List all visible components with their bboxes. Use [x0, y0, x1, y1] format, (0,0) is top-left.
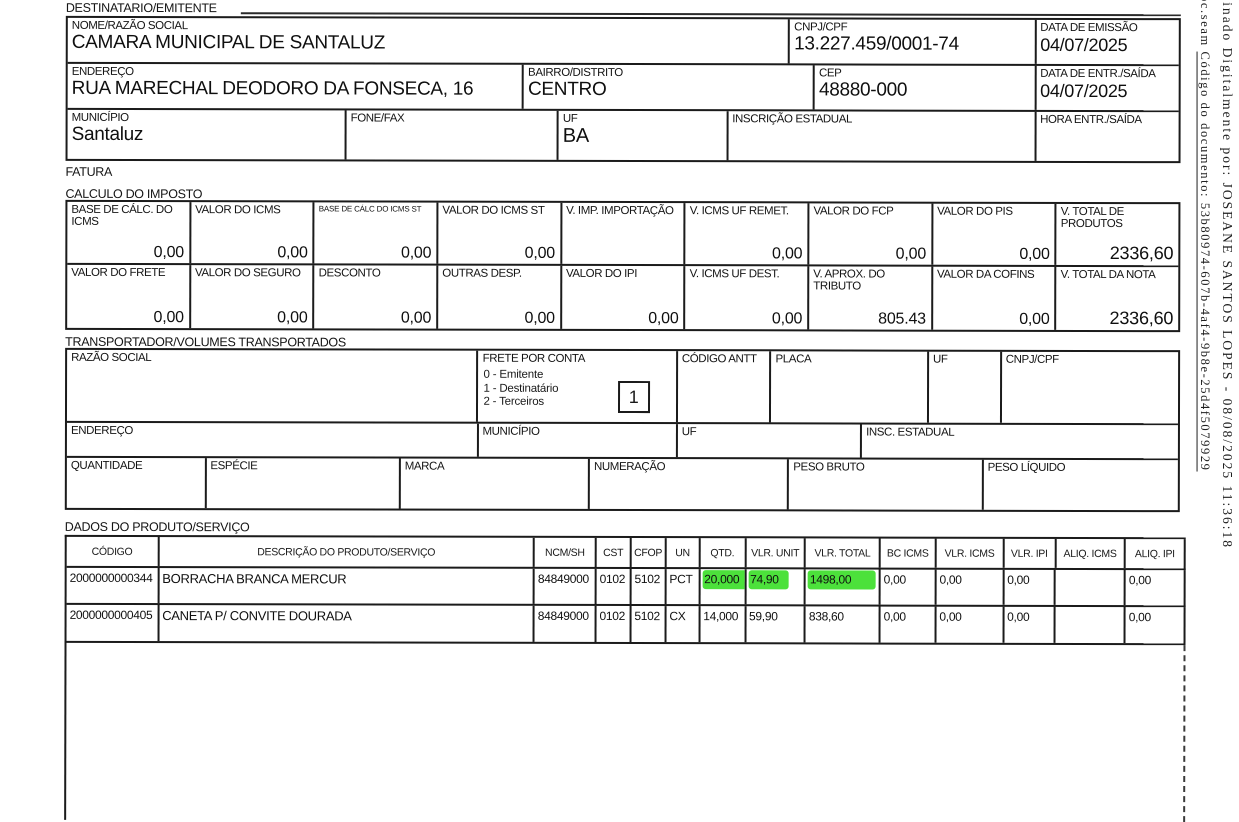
field-cnpj-transp: CNPJ/CPF [1002, 352, 1179, 423]
col-vlr-unit: VLR. UNIT [746, 538, 806, 567]
green-marker-highlight: 20,000 [702, 570, 746, 589]
tax-field-outras-desp: OUTRAS DESP. 0,00 [438, 266, 562, 329]
cell-ncm: 84849000 [535, 606, 597, 642]
col-ncm: NCM/SH [535, 538, 597, 567]
tax-field-valor-ipi: VALOR DO IPI 0,00 [562, 266, 686, 329]
col-vlr-ipi: VLR. IPI [1004, 539, 1056, 568]
transportador-box: RAZÃO SOCIAL FRETE POR CONTA 0 - Emitent… [65, 348, 1180, 512]
product-table: CÓDIGO DESCRIÇÃO DO PRODUTO/SERVIÇO NCM/… [64, 535, 1186, 822]
cell-vlr-total-highlighted: 1498,00 [806, 569, 881, 604]
field-numeracao: NUMERAÇÃO [590, 459, 789, 509]
field-fone-fax: FONE/FAX [347, 110, 559, 159]
field-bairro-distrito: BAIRRO/DISTRITO CENTRO [524, 65, 815, 110]
field-data-emissao: DATA DE EMISSÃO 04/07/2025 [1036, 20, 1179, 64]
tax-field-total-nota: V. TOTAL DA NOTA 2336,60 [1057, 267, 1179, 330]
tax-field-desconto: DESCONTO 0,00 [315, 265, 439, 328]
destinatario-row-2: ENDEREÇO RUA MARECHAL DEODORO DA FONSECA… [68, 64, 1179, 112]
scanned-invoice-page: DESTINATARIO/EMITENTE NOME/RAZÃO SOCIAL … [0, 0, 1239, 822]
cell-vlr-unit: 59,90 [746, 606, 806, 642]
tax-field-valor-pis: VALOR DO PIS 0,00 [933, 204, 1057, 265]
field-uf: UF BA [559, 111, 729, 160]
transportador-row-3: QUANTIDADE ESPÉCIE MARCA NUMERAÇÃO PESO … [67, 458, 1178, 510]
field-endereco-transp: ENDEREÇO [67, 423, 479, 457]
field-razao-social-transp: RAZÃO SOCIAL [67, 350, 479, 422]
tax-field-icms-uf-remet: V. ICMS UF REMET. 0,00 [686, 203, 810, 264]
cell-aliq-ipi: 0,00 [1126, 607, 1184, 643]
cell-vlr-icms: 0,00 [936, 607, 1004, 643]
cell-bc-icms: 0,00 [881, 570, 937, 605]
field-endereco: ENDEREÇO RUA MARECHAL DEODORO DA FONSECA… [68, 64, 524, 109]
cell-descricao: BORRACHA BRANCA MERCUR [159, 568, 535, 604]
imposto-row-2: VALOR DO FRETE 0,00 VALOR DO SEGURO 0,00… [67, 265, 1178, 330]
tax-field-valor-seguro: VALOR DO SEGURO 0,00 [191, 265, 315, 328]
cell-descricao: CANETA P/ CONVITE DOURADA [159, 605, 535, 642]
cell-aliq-icms [1056, 607, 1126, 643]
cell-vlr-ipi: 0,00 [1004, 570, 1056, 605]
col-cfop: CFOP [632, 538, 667, 567]
cell-vlr-icms: 0,00 [936, 570, 1004, 605]
col-aliq-ipi: ALIQ. IPI [1126, 539, 1184, 568]
cell-vlr-ipi: 0,00 [1004, 607, 1056, 643]
digital-signature-text: sinado Digitalmente por: JOSEANE SANTOS … [1186, 0, 1239, 822]
tax-field-icms-uf-dest: V. ICMS UF DEST. 0,00 [686, 266, 810, 329]
product-table-header: CÓDIGO DESCRIÇÃO DO PRODUTO/SERVIÇO NCM/… [67, 537, 1186, 570]
frete-value: 1 [629, 387, 639, 408]
field-hora-entrada-saida: HORA ENTR./SAÍDA [1036, 112, 1179, 161]
field-peso-bruto: PESO BRUTO [789, 459, 983, 509]
tax-field-base-calc-icms-st: BASE DE CÁLC DO ICMS ST 0,00 [315, 202, 439, 263]
destinatario-box: NOME/RAZÃO SOCIAL CAMARA MUNICIPAL DE SA… [66, 16, 1181, 163]
field-data-entrada-saida: DATA DE ENTR./SAÍDA 04/07/2025 [1036, 66, 1179, 110]
destinatario-row-1: NOME/RAZÃO SOCIAL CAMARA MUNICIPAL DE SA… [68, 18, 1179, 66]
field-cnpj-cpf: CNPJ/CPF 13.227.459/0001-74 [790, 19, 1036, 64]
col-cst: CST [597, 538, 632, 567]
cell-un: PCT [666, 569, 700, 604]
cell-vlr-unit-highlighted: 74,90 [746, 569, 806, 604]
section-title-fatura: FATURA [65, 165, 112, 179]
col-un: UN [667, 538, 701, 567]
field-marca: MARCA [401, 459, 590, 509]
field-municipio: MUNICÍPIO Santaluz [68, 110, 347, 160]
col-vlr-total: VLR. TOTAL [806, 538, 881, 567]
product-row-1: 2000000000344 BORRACHA BRANCA MERCUR 848… [67, 568, 1186, 607]
field-placa: PLACA [771, 351, 929, 422]
field-nome-razao-social: NOME/RAZÃO SOCIAL CAMARA MUNICIPAL DE SA… [68, 18, 790, 64]
field-uf-veiculo: UF [929, 352, 1002, 423]
section-title-produtos: DADOS DO PRODUTO/SERVIÇO [65, 520, 250, 534]
cell-aliq-ipi: 0,00 [1126, 570, 1184, 605]
signature-line-1: sinado Digitalmente por: JOSEANE SANTOS … [1215, 0, 1239, 822]
tax-field-aprox-tributo: V. APROX. DO TRIBUTO 805.43 [809, 266, 933, 329]
tax-field-total-produtos: V. TOTAL DE PRODUTOS 2336,60 [1057, 204, 1179, 265]
field-inscricao-estadual: INSCRIÇÃO ESTADUAL [728, 111, 1036, 161]
field-frete-por-conta: FRETE POR CONTA 0 - Emitente 1 - Destina… [478, 351, 677, 422]
col-qtd: QTD. [700, 538, 746, 567]
cell-cst: 0102 [597, 606, 632, 642]
cell-codigo: 2000000000344 [67, 568, 160, 603]
tax-field-valor-icms: VALOR DO ICMS 0,00 [191, 202, 315, 263]
cell-qtd: 14,000 [700, 606, 746, 642]
signature-line-2: oc.seam Código do documento: 53b80974-60… [1194, 0, 1215, 822]
cell-un: CX [666, 606, 700, 642]
field-insc-estadual-transp: INSC. ESTADUAL [862, 425, 1178, 459]
field-peso-liquido: PESO LÍQUIDO [983, 460, 1177, 510]
signature-document-code: Código do documento: 53b80974-607b-4af4-… [1198, 52, 1212, 472]
imposto-box: BASE DE CÁLC. DO ICMS 0,00 VALOR DO ICMS… [65, 200, 1180, 332]
col-descricao: DESCRIÇÃO DO PRODUTO/SERVIÇO [159, 537, 535, 567]
green-marker-highlight: 74,90 [748, 570, 789, 589]
col-aliq-icms: ALIQ. ICMS [1056, 539, 1126, 568]
field-especie: ESPÉCIE [206, 458, 400, 508]
cell-aliq-icms [1056, 570, 1126, 605]
cell-cfop: 5102 [631, 569, 666, 604]
col-bc-icms: BC ICMS [881, 539, 937, 568]
cell-bc-icms: 0,00 [881, 607, 937, 643]
field-codigo-antt: CÓDIGO ANTT [678, 351, 772, 422]
col-codigo: CÓDIGO [67, 537, 160, 566]
invoice-sheet: DESTINATARIO/EMITENTE NOME/RAZÃO SOCIAL … [0, 0, 1239, 822]
destinatario-row-3: MUNICÍPIO Santaluz FONE/FAX UF BA INSCRI… [68, 110, 1179, 161]
field-uf-transp: UF [678, 424, 862, 457]
col-vlr-icms: VLR. ICMS [937, 539, 1005, 568]
field-cep: CEP 48880-000 [815, 65, 1036, 109]
product-table-empty-area [66, 643, 1185, 822]
cell-qtd-highlighted: 20,000 [700, 569, 746, 604]
green-marker-highlight: 1498,00 [808, 570, 875, 589]
cell-codigo: 2000000000405 [67, 605, 160, 641]
tax-field-valor-fcp: VALOR DO FCP 0,00 [809, 203, 933, 264]
cell-cfop: 5102 [631, 606, 666, 642]
signature-line-2-prefix: oc.seam [1198, 0, 1212, 52]
section-title-destinatario: DESTINATARIO/EMITENTE [66, 1, 217, 15]
cell-ncm: 84849000 [535, 569, 597, 604]
tax-field-valor-cofins: VALOR DA COFINS 0,00 [933, 267, 1057, 330]
frete-value-box: 1 [618, 381, 650, 413]
field-municipio-transp: MUNICÍPIO [478, 424, 677, 457]
tax-field-valor-icms-st: VALOR DO ICMS ST 0,00 [438, 203, 562, 264]
cell-cst: 0102 [597, 569, 632, 604]
field-quantidade: QUANTIDADE [67, 458, 207, 508]
tax-field-base-calc-icms: BASE DE CÁLC. DO ICMS 0,00 [67, 202, 191, 263]
product-row-2: 2000000000405 CANETA P/ CONVITE DOURADA … [67, 605, 1186, 645]
cell-vlr-total: 838,60 [806, 606, 881, 642]
tax-field-imp-importacao: V. IMP. IMPORTAÇÃO [562, 203, 686, 264]
imposto-row-1: BASE DE CÁLC. DO ICMS 0,00 VALOR DO ICMS… [67, 202, 1178, 267]
transportador-row-2: ENDEREÇO MUNICÍPIO UF INSC. ESTADUAL [67, 423, 1178, 460]
tax-field-valor-frete: VALOR DO FRETE 0,00 [67, 265, 191, 328]
transportador-row-1: RAZÃO SOCIAL FRETE POR CONTA 0 - Emitent… [67, 350, 1178, 425]
